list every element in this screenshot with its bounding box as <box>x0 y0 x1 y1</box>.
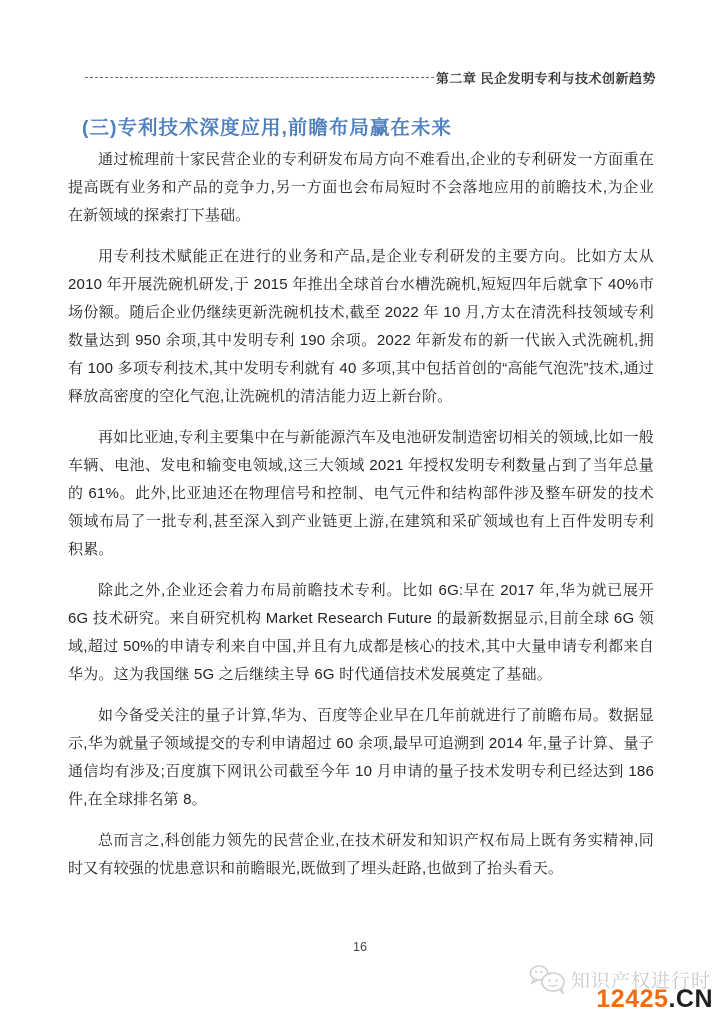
paragraph-1: 通过梳理前十家民营企业的专利研发布局方向不难看出,企业的专利研发一方面重在提高既… <box>68 146 654 230</box>
document-page: 第二章 民企发明专利与技术创新趋势 (三)专利技术深度应用,前瞻布局赢在未来 通… <box>0 0 720 1018</box>
watermark: 知识产权进行时 12425.CN <box>529 964 715 1014</box>
watermark-site: 12425.CN <box>596 985 713 1014</box>
watermark-site-tld: .CN <box>668 985 713 1013</box>
paragraph-3: 再如比亚迪,专利主要集中在与新能源汽车及电池研发制造密切相关的领域,比如一般车辆… <box>68 424 654 564</box>
chat-bubbles-icon <box>529 964 567 994</box>
paragraph-2: 用专利技术赋能正在进行的业务和产品,是企业专利研发的主要方向。比如方太从 201… <box>68 243 654 411</box>
running-head: 第二章 民企发明专利与技术创新趋势 <box>85 68 656 87</box>
chapter-title: 第二章 民企发明专利与技术创新趋势 <box>436 68 656 87</box>
body-text: 通过梳理前十家民营企业的专利研发布局方向不难看出,企业的专利研发一方面重在提高既… <box>68 146 654 896</box>
paragraph-6: 总而言之,科创能力领先的民营企业,在技术研发和知识产权布局上既有务实精神,同时又… <box>68 827 654 883</box>
paragraph-5: 如今备受关注的量子计算,华为、百度等企业早在几年前就进行了前瞻布局。数据显示,华… <box>68 702 654 814</box>
dashed-leader-line <box>85 77 434 78</box>
watermark-site-number: 12425 <box>596 985 668 1013</box>
section-title: (三)专利技术深度应用,前瞻布局赢在未来 <box>82 112 452 140</box>
page-number: 16 <box>0 940 720 954</box>
paragraph-4: 除此之外,企业还会着力布局前瞻技术专利。比如 6G:早在 2017 年,华为就已… <box>68 577 654 689</box>
